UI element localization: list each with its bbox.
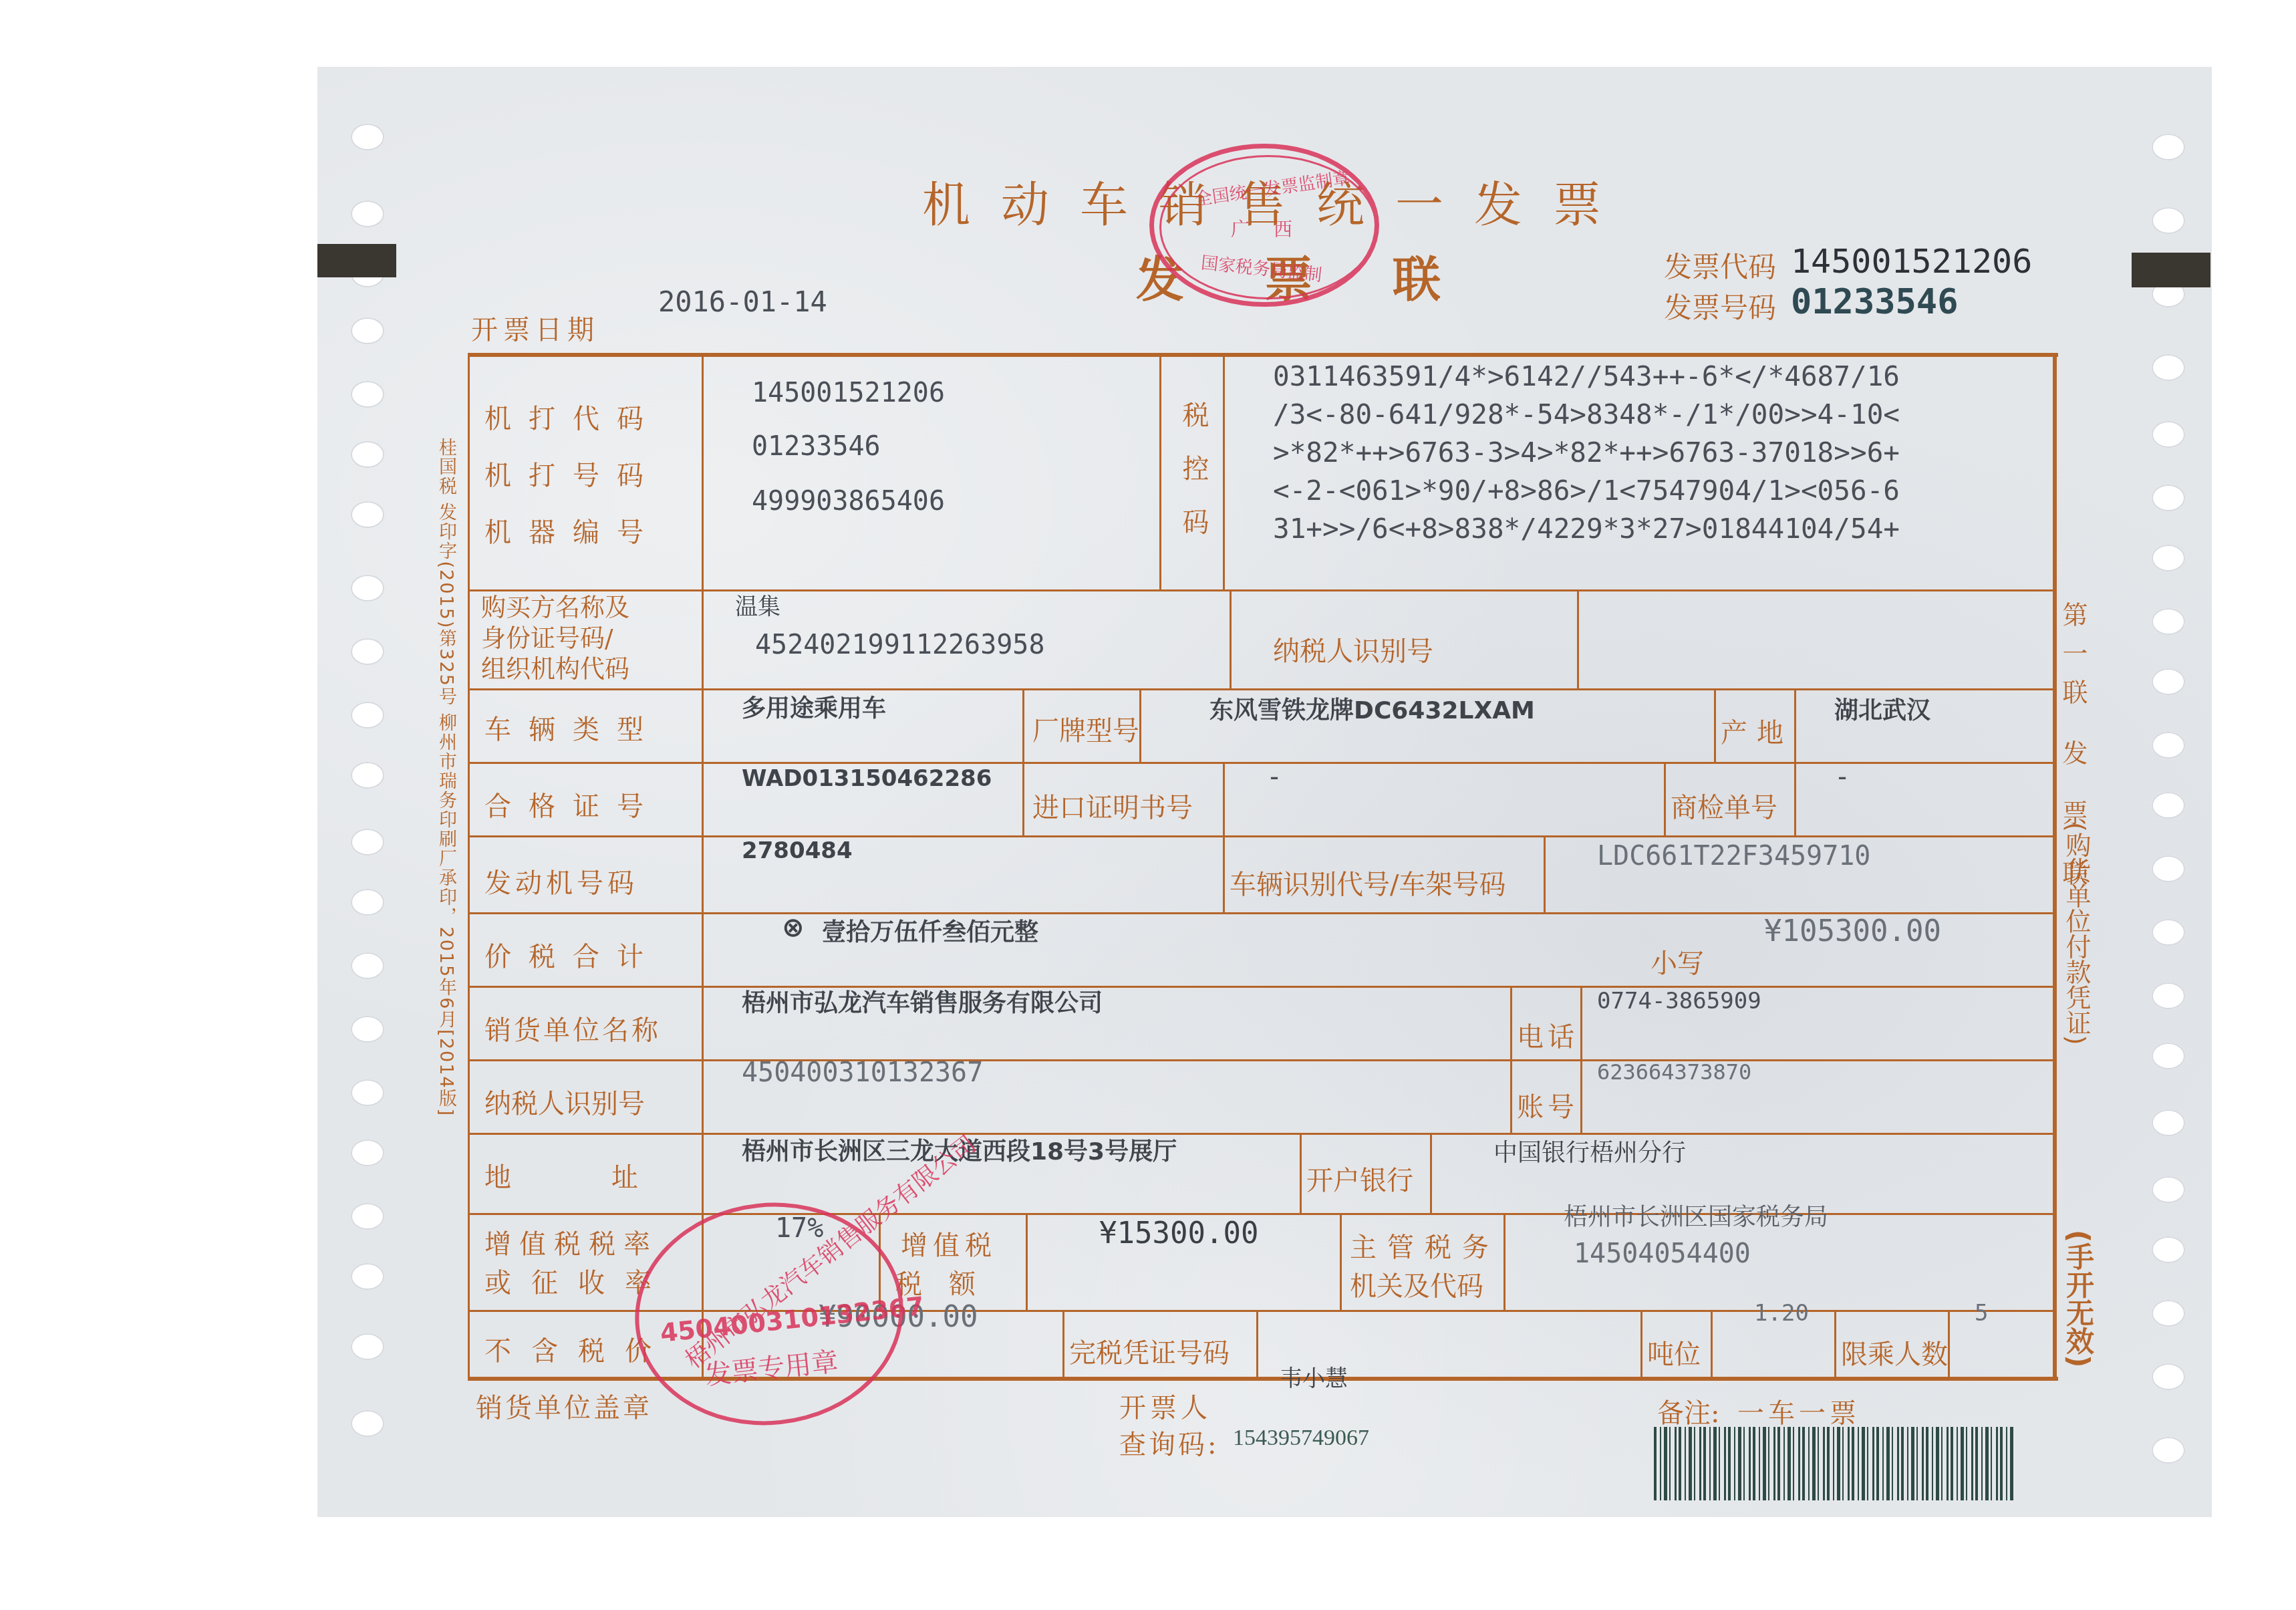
perforation-hole [2152, 354, 2185, 381]
bank-label: 开户银行 [1306, 1160, 1413, 1198]
perforation-hole [2152, 982, 2185, 1009]
perforation-hole [2152, 207, 2185, 234]
perforation-hole [2152, 1109, 2185, 1136]
perforation-hole [351, 501, 384, 528]
address-label: 地址 [484, 1156, 738, 1194]
buyer-name: 温集 [735, 588, 780, 621]
machine-number-value: 01233546 [752, 431, 881, 462]
inspection-label: 商检单号 [1671, 787, 1777, 825]
machine-number-label: 机打号码 [484, 454, 661, 493]
perforation-hole [2152, 1176, 2185, 1203]
seller-name-label: 销货单位名称 [484, 1009, 661, 1047]
perforation-hole [2152, 1300, 2185, 1327]
buyer-label: 购买方名称及 身份证号码/ 组织机构代码 [481, 593, 629, 685]
issuer-label: 开票人 [1119, 1387, 1211, 1425]
buyer-taxpayer-id-label: 纳税人识别号 [1273, 630, 1433, 668]
inspection: - [1834, 762, 1850, 793]
perforation-hole [351, 441, 384, 468]
perforation-hole [2152, 855, 2185, 882]
machine-code-value: 145001521206 [752, 378, 945, 408]
perforation-hole [351, 829, 384, 855]
perforation-hole [351, 200, 384, 227]
perforation-hole [351, 1016, 384, 1043]
seller-account: 623664373870 [1597, 1059, 1751, 1085]
perforation-hole [2152, 485, 2185, 511]
seller-taxpayer-label: 纳税人识别号 [484, 1083, 645, 1121]
perforation-hole [351, 317, 384, 344]
perforation-hole [2152, 668, 2185, 695]
perforation-hole [351, 1203, 384, 1230]
tax-authority-code: 14504054400 [1574, 1238, 1751, 1269]
perforation-hole [2152, 732, 2185, 759]
brand-model: 东风雪铁龙牌DC6432LXAM [1209, 692, 1535, 726]
vehicle-type: 多用途乘用车 [742, 690, 886, 724]
seats: 5 [1975, 1300, 1988, 1327]
perforation-hole [2152, 1236, 2185, 1263]
perforation-hole [2152, 608, 2185, 635]
total-label: 价税合计 [484, 936, 661, 974]
circle-x-icon: ⊗ [782, 912, 805, 943]
seller-seal-label: 销货单位盖章 [476, 1387, 652, 1425]
seats-label: 限乘人数 [1841, 1333, 1948, 1371]
perforation-hole [351, 575, 384, 601]
perforation-hole [351, 1263, 384, 1290]
engine-label: 发动机号码 [484, 862, 638, 900]
voucher-label: 完税凭证号码 [1069, 1332, 1230, 1370]
issue-date-label: 开票日期 [471, 309, 599, 347]
handwritten-invalid-note: (手开无效) [2058, 1230, 2098, 1367]
tax-control-code: 0311463591/4*>6142//543++-6*</*4687/16 /… [1273, 358, 1900, 548]
origin: 湖北武汉 [1834, 692, 1930, 726]
small-amount-label: 小写 [1651, 942, 1704, 980]
perforation-hole [351, 952, 384, 979]
vehicle-type-label: 车辆类型 [484, 708, 661, 747]
copy-designation-purpose: (购货单位付款凭证) [2058, 822, 2095, 1045]
total-capital: 壹拾万伍仟叁佰元整 [822, 914, 1038, 948]
perforation-hole [351, 762, 384, 789]
invoice-code-value: 145001521206 [1791, 242, 2032, 281]
invoice-number-label: 发票号码 [1664, 286, 1776, 326]
perforation-hole [2152, 134, 2185, 160]
perforation-hole [351, 124, 384, 150]
tax-bureau-stamp: 全国统一发票监制章 广西 国家税务局监制 [1149, 144, 1379, 307]
perforation-hole [2152, 421, 2185, 448]
perforation-hole [2152, 1043, 2185, 1069]
tax-authority-label: 主管税务 机关及代码 [1350, 1228, 1499, 1306]
remark: 一车一票 [1737, 1392, 1860, 1430]
query-code-label: 查询码: [1119, 1424, 1219, 1462]
tonnage: 1.20 [1754, 1300, 1809, 1327]
table-border [2053, 353, 2057, 1381]
tonnage-label: 吨位 [1647, 1333, 1701, 1371]
issue-date-value: 2016-01-14 [658, 285, 827, 318]
import-cert: - [1266, 762, 1282, 793]
machine-code-label: 机打代码 [484, 398, 661, 436]
seller-bank: 中国银行梧州分行 [1493, 1134, 1686, 1168]
origin-label: 产地 [1721, 712, 1793, 750]
issuer-name: 韦小慧 [1280, 1360, 1348, 1393]
table-border [468, 353, 2058, 357]
alignment-mark [2132, 253, 2210, 287]
tax-authority-name: 梧州市长洲区国家税务局 [1564, 1198, 1828, 1232]
perforation-hole [351, 702, 384, 728]
perforation-hole [351, 1139, 384, 1166]
perforation-hole [351, 1333, 384, 1360]
perforation-hole [351, 1410, 384, 1437]
perforation-hole [2152, 792, 2185, 819]
perforation-hole [2152, 545, 2185, 571]
seller-phone-label: 电话 [1517, 1016, 1578, 1054]
import-cert-label: 进口证明书号 [1032, 787, 1193, 825]
invoice-number-value: 01233546 [1791, 282, 1958, 322]
vin: LDC661T22F3459710 [1597, 841, 1870, 871]
machine-device-value: 499903865406 [752, 486, 945, 517]
brand-label: 厂牌型号 [1032, 710, 1139, 748]
seller-phone: 0774-3865909 [1597, 988, 1761, 1015]
perforation-hole [2152, 1437, 2185, 1464]
perforation-hole [351, 638, 384, 665]
seller-name: 梧州市弘龙汽车销售服务有限公司 [742, 984, 1103, 1019]
cert-label: 合格证号 [484, 785, 661, 823]
seller-taxpayer-id: 450400310132367 [742, 1057, 983, 1088]
engine-number: 2780484 [742, 837, 853, 864]
vin-label: 车辆识别代号/车架号码 [1230, 863, 1505, 902]
invoice-code-label: 发票代码 [1664, 245, 1776, 285]
printer-info: 桂国税 发印字(2015)第325号 柳州市瑞务印刷厂承印，2015年6月[20… [433, 438, 459, 1117]
perforation-hole [2152, 1363, 2185, 1390]
machine-device-label: 机器编号 [484, 511, 661, 549]
cert-number: WAD013150462286 [742, 765, 992, 792]
table-border [468, 353, 470, 1379]
seller-account-label: 账号 [1517, 1086, 1578, 1124]
buyer-id: 452402199112263958 [755, 630, 1044, 660]
query-code: 154395749067 [1233, 1426, 1369, 1451]
perforation-hole [351, 381, 384, 408]
remark-label: 备注: [1657, 1392, 1719, 1430]
perforation-hole [2152, 919, 2185, 946]
perforation-hole [351, 1079, 384, 1106]
tax-control-label: 税控码 [1175, 401, 1213, 561]
total-amount: ¥105300.00 [1764, 914, 1941, 948]
perforation-hole [351, 889, 384, 916]
alignment-mark [317, 244, 396, 277]
tax-amount: ¥15300.00 [1099, 1216, 1258, 1250]
barcode [1654, 1427, 2015, 1500]
